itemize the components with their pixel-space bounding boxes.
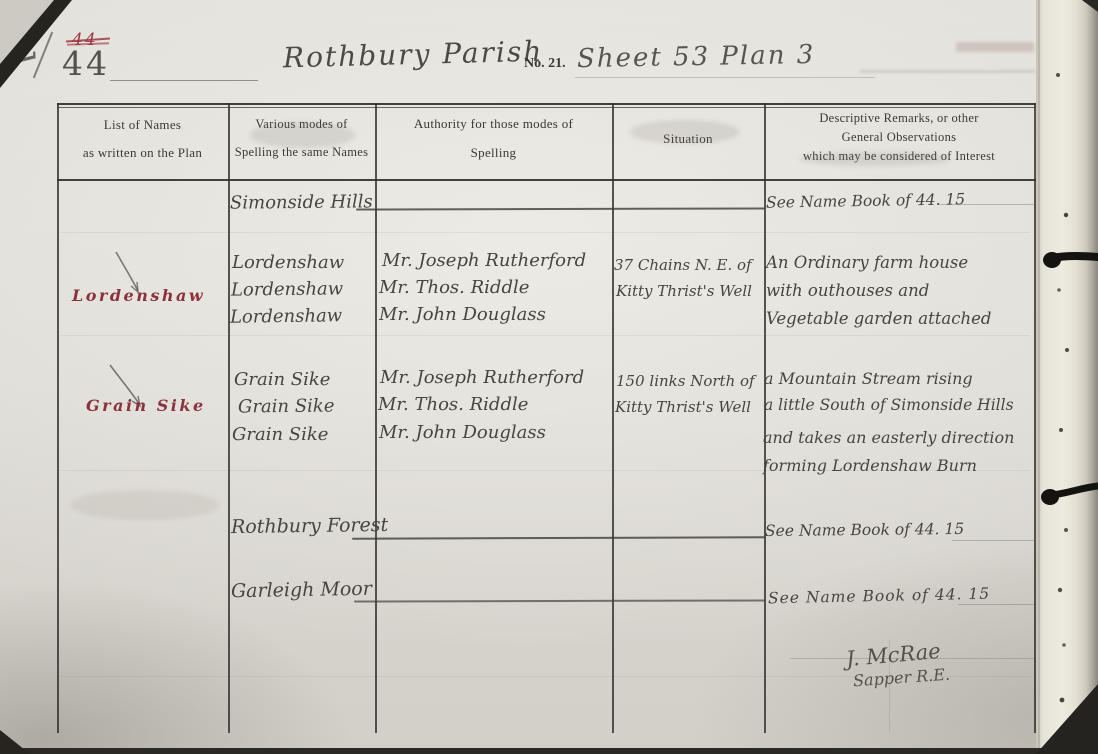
remarks-rule [938,204,1034,205]
table-top-border [57,103,1036,105]
remarks-rule [958,604,1034,605]
entry-remarks: See Name Book of 44. 15 [765,520,964,540]
bleedthrough-smudge [250,122,355,148]
pencil-guide-line [60,335,1030,336]
entry-authority: Mr. Joseph Rutherford [382,250,586,271]
ditto-rule [352,536,765,539]
faint-stamp [860,70,1035,73]
name-book-page: 2 44 44 Rothbury Parish No. 21. Sheet 53… [0,0,1098,754]
ditto-rule [354,599,765,602]
table-column-line [375,103,377,733]
entry-remarks: a Mountain Stream rising [764,369,973,388]
backdrop-corner-bottom-left [0,730,30,754]
entry-spelling: Grain Sike [238,395,335,417]
entry-spelling: Garleigh Moor [231,578,372,602]
parish-title: Rothbury Parish [283,35,544,75]
sheet-title-underline [575,77,875,78]
entry-situation: Kitty Thrist's Well [615,398,751,416]
entry-spelling: Simonside Hills [230,191,373,213]
entry-remarks: Vegetable garden attached [766,309,991,328]
entry-spelling: Rothbury Forest [231,514,388,538]
bleedthrough-smudge [800,152,950,166]
table-top-border-inner [57,107,1036,108]
column-header-authority: Authority for those modes of [375,116,612,132]
faint-stamp [956,42,1034,52]
entry-remarks: with outhouses and [766,281,929,300]
entry-remarks: a little South of Simonside Hills [764,396,1014,414]
entry-authority: Mr. Thos. Riddle [379,277,529,298]
entry-remarks: See Name Book of 44. 15 [766,190,965,211]
name-on-plan: Grain Sike [86,396,206,415]
entry-situation: Kitty Thrist's Well [616,282,752,300]
column-header-authority: Spelling [375,145,612,161]
bleedthrough-smudge [70,490,220,520]
table-left-border [57,103,59,733]
entry-authority: Mr. John Douglass [379,422,546,443]
sheet-number-label: No. 21. [524,56,566,72]
entry-spelling: Lordenshaw [231,278,343,300]
entry-situation: 37 Chains N. E. of [614,256,752,274]
entry-authority: Mr. John Douglass [379,304,546,325]
name-on-plan: Lordenshaw [72,286,205,305]
page-number: 44 [62,44,110,83]
binding-stitches [1036,0,1098,754]
entry-authority: Mr. Thos. Riddle [378,394,528,415]
entry-spelling: Lordenshaw [232,252,344,273]
column-header-names: as written on the Plan [57,145,228,161]
title-blank-line [110,80,258,81]
column-header-names: List of Names [57,117,228,133]
table-column-line [612,103,614,733]
entry-remarks: See Name Book of 44. 15 [768,585,991,608]
entry-remarks: An Ordinary farm house [766,253,968,272]
entry-spelling: Grain Sike [232,424,328,445]
entry-remarks: and takes an easterly direction [763,428,1014,447]
entry-authority: Mr. Joseph Rutherford [380,367,584,388]
remarks-rule [952,540,1034,541]
backdrop-bottom-edge [0,748,1050,754]
bleedthrough-smudge [630,120,740,144]
entry-situation: 150 links North of [616,372,755,390]
sheet-plan-title: Sheet 53 Plan 3 [577,40,816,74]
table-header-divider [57,179,1036,181]
entry-spelling: Grain Sike [234,369,330,390]
column-header-remarks: General Observations [764,130,1034,145]
ditto-rule [356,207,765,210]
entry-remarks: forming Lordenshaw Burn [763,456,977,475]
column-header-remarks: Descriptive Remarks, or other [764,111,1034,126]
entry-spelling: Lordenshaw [230,305,342,328]
pencil-guide-line [60,232,1030,233]
